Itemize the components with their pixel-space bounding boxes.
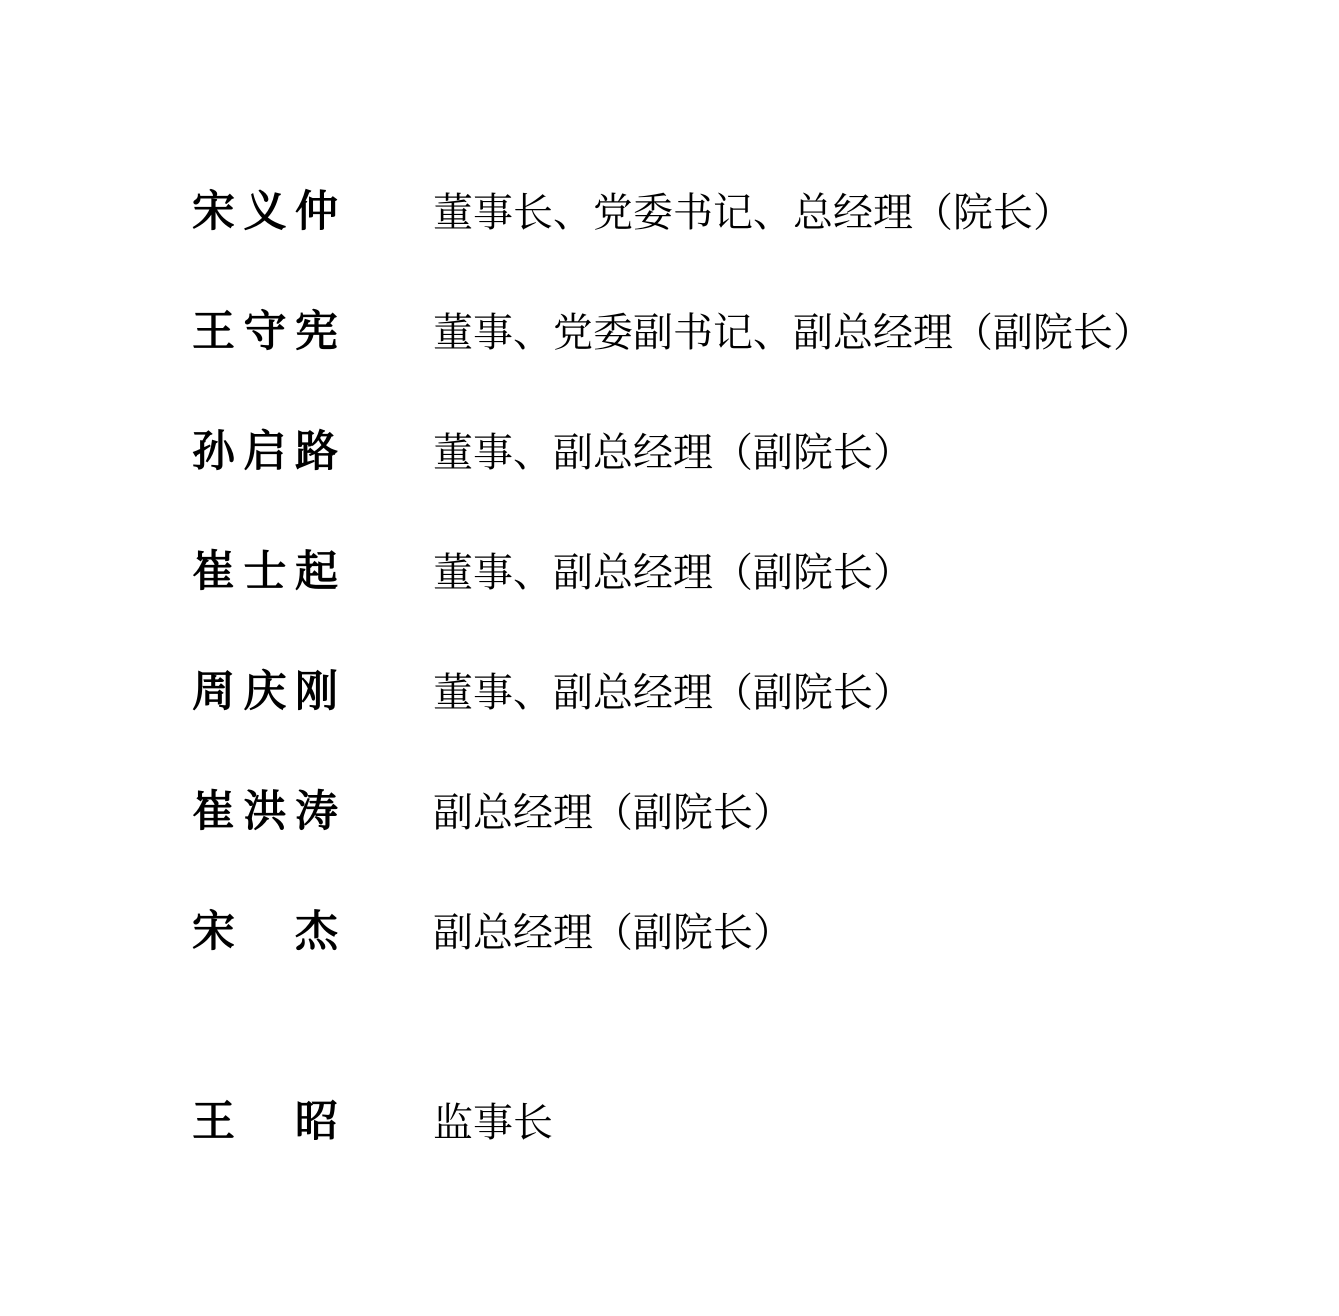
person-title: 副总经理（副院长） [433,910,793,956]
person-title: 董事、副总经理（副院长） [433,670,913,716]
person-name: 孙启路 [192,430,338,476]
person-name: 宋义仲 [192,190,338,236]
person-title: 董事长、党委书记、总经理（院长） [433,190,1073,236]
person-name: 王守宪 [192,310,338,356]
person-name: 宋杰 [192,910,338,956]
person-name: 王昭 [192,1100,338,1146]
roster-row: 宋杰 副总经理（副院长） [192,910,1279,1030]
roster-row: 宋义仲 董事长、党委书记、总经理（院长） [192,190,1279,310]
roster-row: 王守宪 董事、党委副书记、副总经理（副院长） [192,310,1279,430]
person-title: 副总经理（副院长） [433,790,793,836]
roster-row: 崔洪涛 副总经理（副院长） [192,790,1279,910]
roster-row: 崔士起 董事、副总经理（副院长） [192,550,1279,670]
person-title: 监事长 [433,1100,553,1146]
roster-row: 孙启路 董事、副总经理（副院长） [192,430,1279,550]
person-title: 董事、党委副书记、副总经理（副院长） [433,310,1153,356]
person-name: 崔洪涛 [192,790,338,836]
roster-row: 周庆刚 董事、副总经理（副院长） [192,670,1279,790]
person-title: 董事、副总经理（副院长） [433,550,913,596]
person-name: 崔士起 [192,550,338,596]
person-name: 周庆刚 [192,670,338,716]
person-title: 董事、副总经理（副院长） [433,430,913,476]
roster-row: 王昭 监事长 [192,1100,1279,1220]
document-page: 宋义仲 董事长、党委书记、总经理（院长） 王守宪 董事、党委副书记、副总经理（副… [0,0,1339,1316]
